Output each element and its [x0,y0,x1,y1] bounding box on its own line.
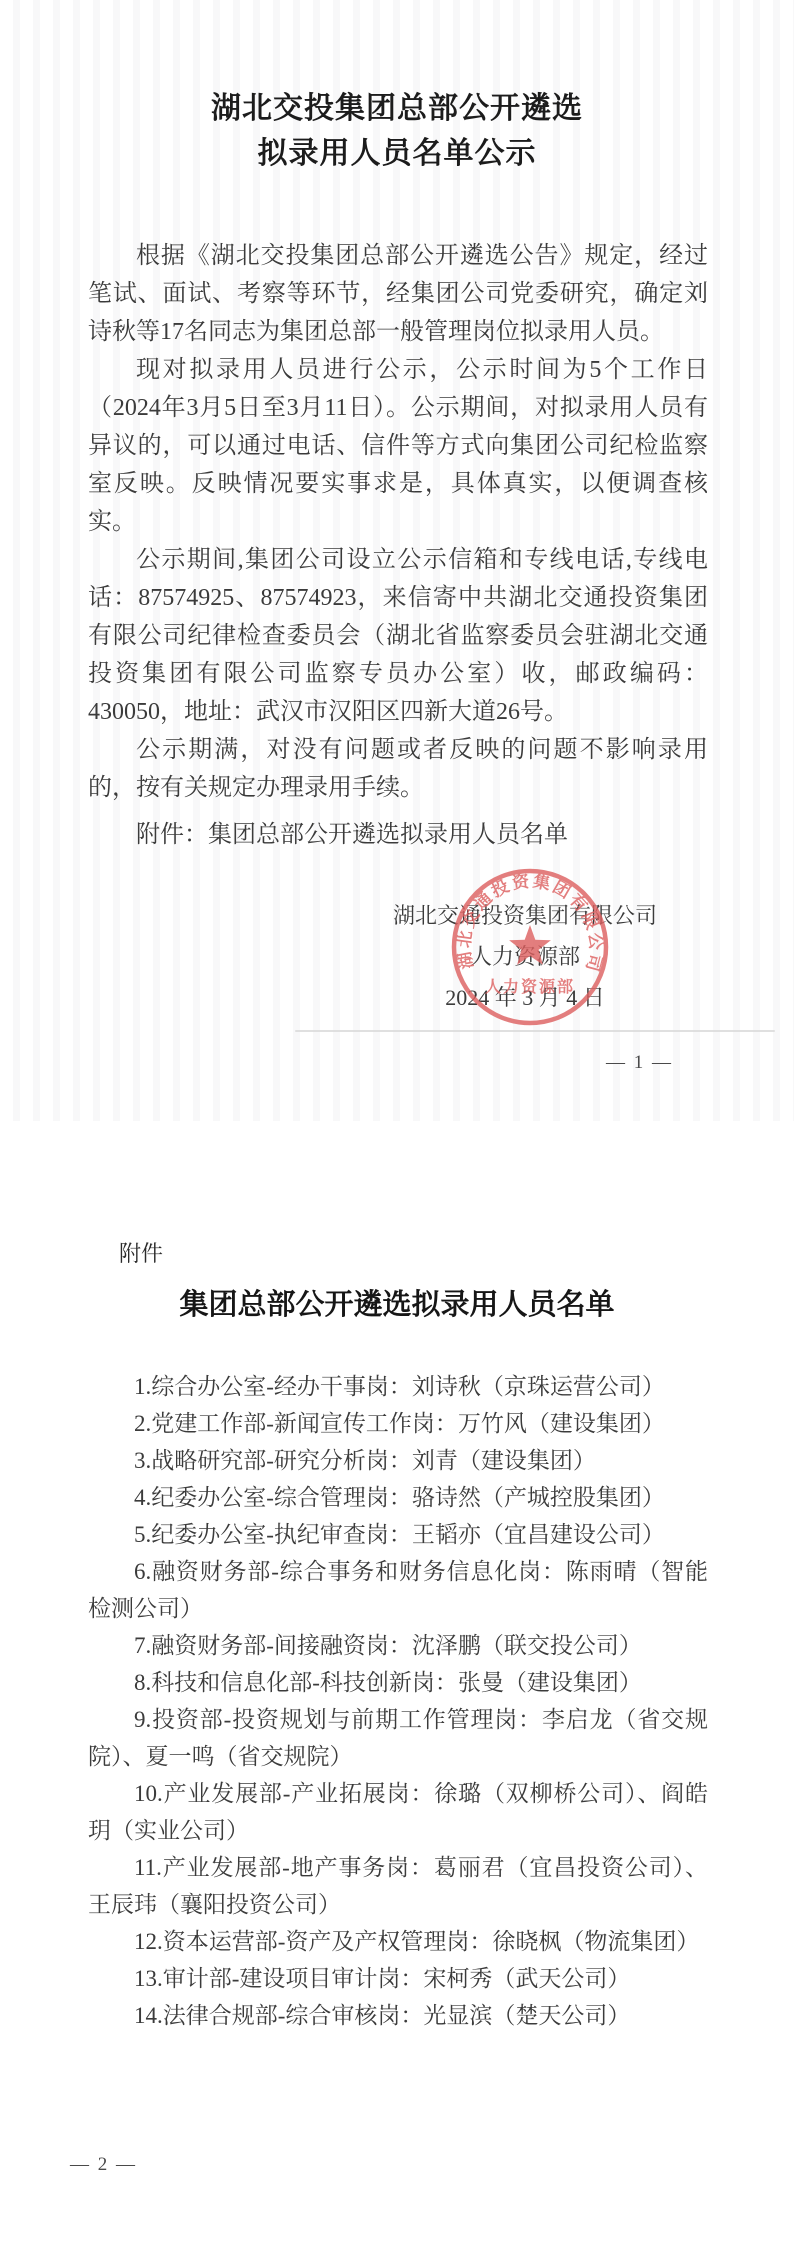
scan-artifact-line [295,1030,775,1032]
page-2-number: — 2 — [70,2154,190,2176]
list-item: 4.纪委办公室-综合管理岗：骆诗然（产城控股集团） [88,1479,708,1516]
signature-company: 湖北交通投资集团有限公司 [383,895,667,936]
list-item: 9.投资部-投资规划与前期工作管理岗：李启龙（省交规院）、夏一鸣（省交规院） [88,1701,708,1775]
paragraph: 根据《湖北交投集团总部公开遴选公告》规定，经过笔试、面试、考察等环节，经集团公司… [88,237,708,351]
list-item: 13.审计部-建设项目审计岗：宋柯秀（武天公司） [88,1960,708,1997]
candidate-list: 1.综合办公室-经办干事岗：刘诗秋（京珠运营公司） 2.党建工作部-新闻宣传工作… [88,1368,708,2034]
document-title-line-1: 湖北交投集团总部公开遴选 [0,86,794,131]
list-item: 10.产业发展部-产业拓展岗：徐璐（双柳桥公司）、阎皓玥（实业公司） [88,1775,708,1849]
page-2: 附件 集团总部公开遴选拟录用人员名单 1.综合办公室-经办干事岗：刘诗秋（京珠运… [0,1121,794,2244]
page-1: 湖北交投集团总部公开遴选 拟录用人员名单公示 根据《湖北交投集团总部公开遴选公告… [0,0,794,1121]
signature-department: 人力资源部 [383,936,667,977]
scanned-document: 湖北交投集团总部公开遴选 拟录用人员名单公示 根据《湖北交投集团总部公开遴选公告… [0,0,794,2244]
list-item: 6.融资财务部-综合事务和财务信息化岗：陈雨晴（智能检测公司） [88,1553,708,1627]
signature-block: 湖北交通投资集团有限公司 人力资源部 2024 年 3 月 4 日 [383,895,667,1018]
page-1-number: — 1 — [606,1052,726,1074]
list-item: 12.资本运营部-资产及产权管理岗：徐晓枫（物流集团） [88,1923,708,1960]
list-item: 3.战略研究部-研究分析岗：刘青（建设集团） [88,1442,708,1479]
document-body: 根据《湖北交投集团总部公开遴选公告》规定，经过笔试、面试、考察等环节，经集团公司… [88,237,708,854]
document-title-line-2: 拟录用人员名单公示 [0,131,794,176]
paragraph: 公示期满，对没有问题或者反映的问题不影响录用的，按有关规定办理录用手续。 [88,731,708,807]
list-item: 7.融资财务部-间接融资岗：沈泽鹏（联交投公司） [88,1627,708,1664]
signature-date: 2024 年 3 月 4 日 [383,977,667,1018]
attachment-line: 附件：集团总部公开遴选拟录用人员名单 [88,816,708,854]
attachment-label: 附件 [119,1237,163,1268]
list-item: 1.综合办公室-经办干事岗：刘诗秋（京珠运营公司） [88,1368,708,1405]
list-item: 11.产业发展部-地产事务岗：葛丽君（宜昌投资公司）、王辰玮（襄阳投资公司） [88,1849,708,1923]
paragraph: 现对拟录用人员进行公示，公示时间为5个工作日（2024年3月5日至3月11日）。… [88,351,708,541]
list-item: 8.科技和信息化部-科技创新岗：张曼（建设集团） [88,1664,708,1701]
paragraph: 公示期间,集团公司设立公示信箱和专线电话,专线电话：87574925、87574… [88,541,708,731]
list-item: 14.法律合规部-综合审核岗：光显滨（楚天公司） [88,1997,708,2034]
list-item: 2.党建工作部-新闻宣传工作岗：万竹风（建设集团） [88,1405,708,1442]
list-item: 5.纪委办公室-执纪审查岗：王韬亦（宜昌建设公司） [88,1516,708,1553]
roster-title: 集团总部公开遴选拟录用人员名单 [0,1282,794,1323]
document-title: 湖北交投集团总部公开遴选 拟录用人员名单公示 [0,86,794,176]
